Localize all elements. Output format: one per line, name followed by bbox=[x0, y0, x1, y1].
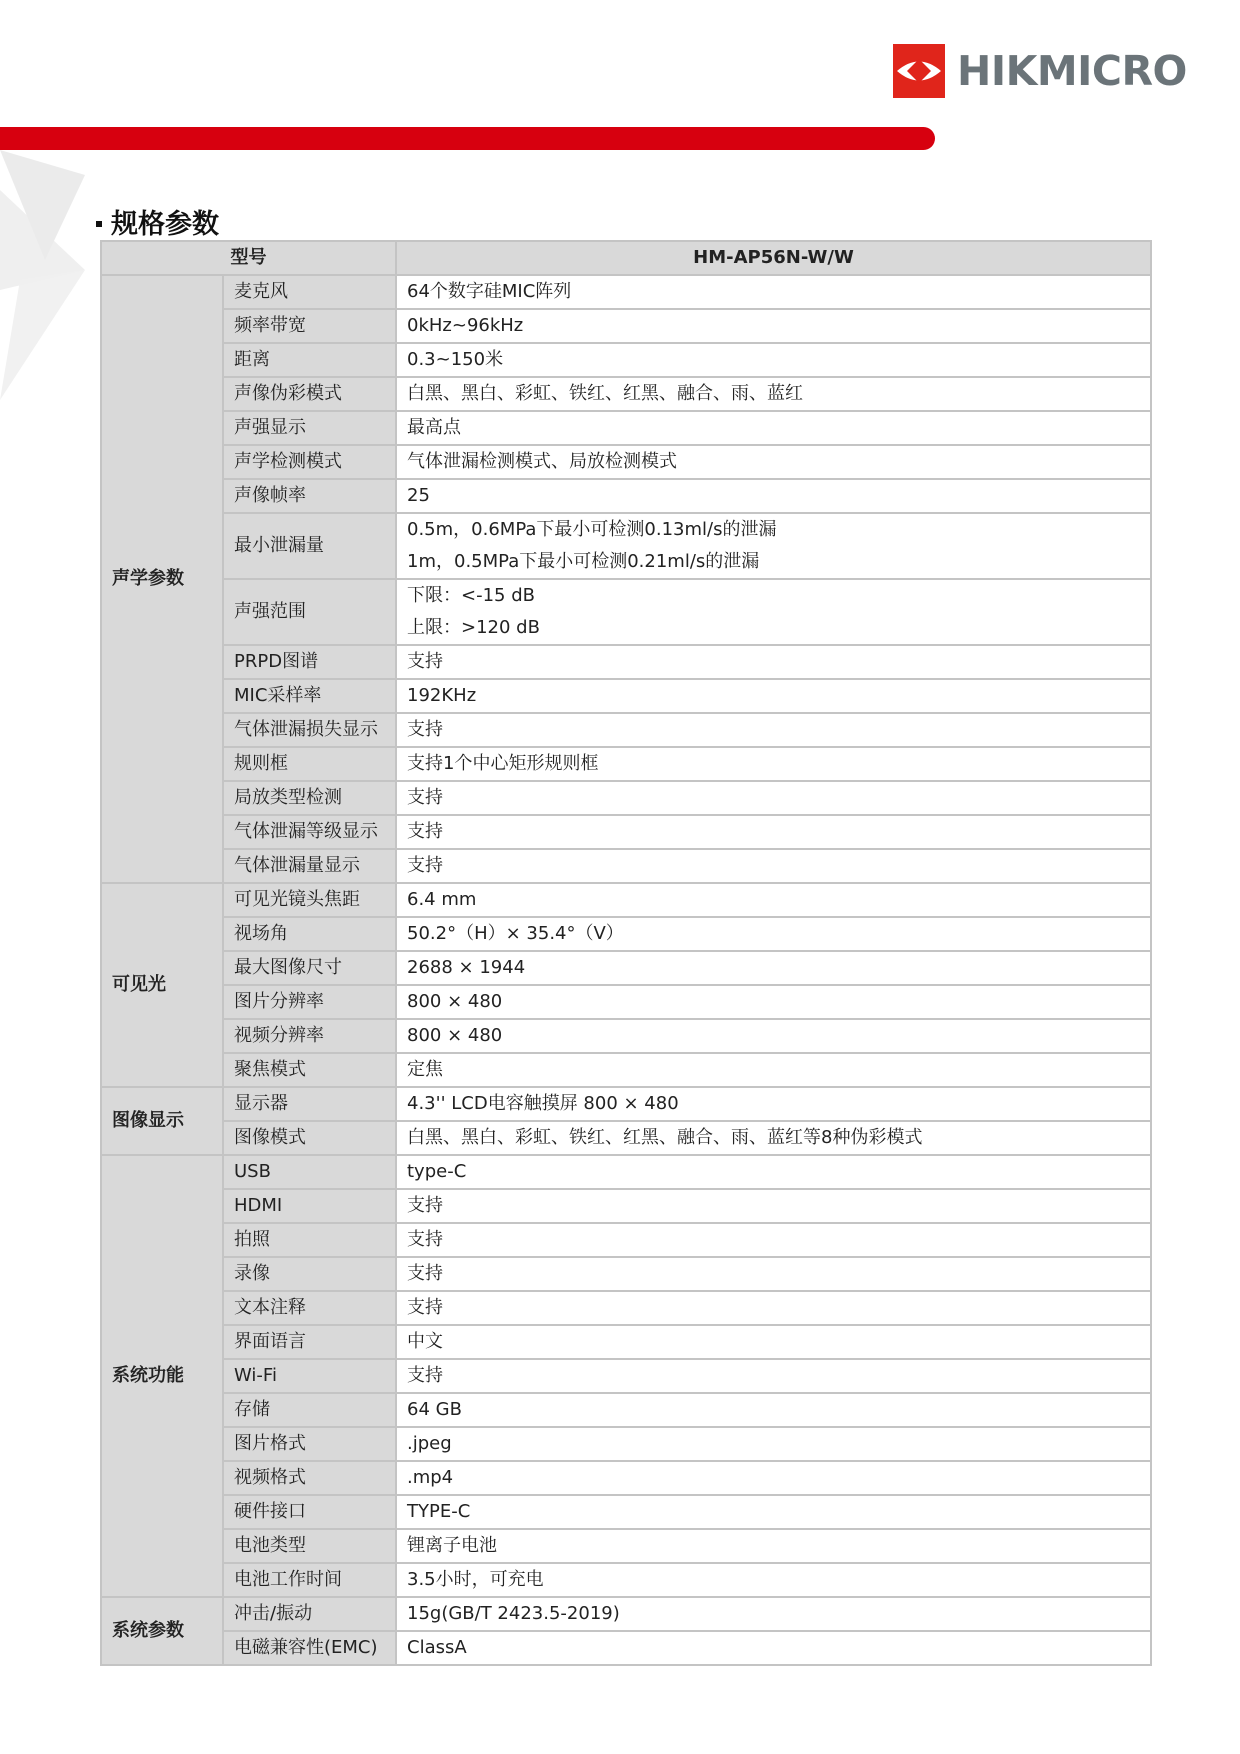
spec-value: 50.2°（H）× 35.4°（V） bbox=[396, 917, 1151, 951]
group-label: 系统功能 bbox=[101, 1155, 223, 1597]
spec-value: 最高点 bbox=[396, 411, 1151, 445]
spec-value-line: type-C bbox=[407, 1156, 1150, 1188]
table-row: 文本注释支持 bbox=[101, 1291, 1151, 1325]
table-row: 系统功能USBtype-C bbox=[101, 1155, 1151, 1189]
table-row: 电池类型锂离子电池 bbox=[101, 1529, 1151, 1563]
spec-value: 支持 bbox=[396, 1189, 1151, 1223]
spec-value-line: TYPE-C bbox=[407, 1496, 1150, 1528]
spec-key: 图片格式 bbox=[223, 1427, 396, 1461]
spec-value: 4.3'' LCD电容触摸屏 800 × 480 bbox=[396, 1087, 1151, 1121]
table-row: 视频格式.mp4 bbox=[101, 1461, 1151, 1495]
spec-key: 视频分辨率 bbox=[223, 1019, 396, 1053]
spec-key: 文本注释 bbox=[223, 1291, 396, 1325]
spec-value: 定焦 bbox=[396, 1053, 1151, 1087]
spec-key: 麦克风 bbox=[223, 275, 396, 309]
spec-key: 拍照 bbox=[223, 1223, 396, 1257]
spec-key: 图片分辨率 bbox=[223, 985, 396, 1019]
spec-value: 支持 bbox=[396, 1223, 1151, 1257]
spec-value: 800 × 480 bbox=[396, 1019, 1151, 1053]
table-row: 声强显示最高点 bbox=[101, 411, 1151, 445]
spec-value: 3.5小时，可充电 bbox=[396, 1563, 1151, 1597]
spec-value: 64 GB bbox=[396, 1393, 1151, 1427]
spec-key: 气体泄漏等级显示 bbox=[223, 815, 396, 849]
spec-value-line: 0.5m，0.6MPa下最小可检测0.13ml/s的泄漏 bbox=[407, 514, 1150, 546]
spec-value-line: 15g(GB/T 2423.5-2019) bbox=[407, 1598, 1150, 1630]
table-row: 距离0.3~150米 bbox=[101, 343, 1151, 377]
table-row: 图像模式白黑、黑白、彩虹、铁红、红黑、融合、雨、蓝红等8种伪彩模式 bbox=[101, 1121, 1151, 1155]
spec-key: 频率带宽 bbox=[223, 309, 396, 343]
spec-value-line: 192KHz bbox=[407, 680, 1150, 712]
spec-key: HDMI bbox=[223, 1189, 396, 1223]
spec-key: 存储 bbox=[223, 1393, 396, 1427]
spec-value: 支持 bbox=[396, 713, 1151, 747]
header-accent-bar bbox=[0, 127, 935, 150]
group-label: 可见光 bbox=[101, 883, 223, 1087]
table-row: 声学检测模式气体泄漏检测模式、局放检测模式 bbox=[101, 445, 1151, 479]
spec-value-line: 支持 bbox=[407, 816, 1150, 848]
spec-value-line: 支持 bbox=[407, 850, 1150, 882]
spec-value-line: 白黑、黑白、彩虹、铁红、红黑、融合、雨、蓝红 bbox=[407, 378, 1150, 410]
spec-value-line: 25 bbox=[407, 480, 1150, 512]
spec-value-line: 6.4 mm bbox=[407, 884, 1150, 916]
spec-key: 视场角 bbox=[223, 917, 396, 951]
spec-value-line: 3.5小时，可充电 bbox=[407, 1564, 1150, 1596]
spec-value-line: 支持1个中心矩形规则框 bbox=[407, 748, 1150, 780]
spec-value-line: ClassA bbox=[407, 1632, 1150, 1664]
spec-value: 白黑、黑白、彩虹、铁红、红黑、融合、雨、蓝红等8种伪彩模式 bbox=[396, 1121, 1151, 1155]
spec-value: .mp4 bbox=[396, 1461, 1151, 1495]
table-row: 图片分辨率800 × 480 bbox=[101, 985, 1151, 1019]
brand-name: HIKMICRO bbox=[957, 47, 1187, 95]
spec-value-line: 中文 bbox=[407, 1326, 1150, 1358]
spec-key: 视频格式 bbox=[223, 1461, 396, 1495]
spec-value: 0kHz~96kHz bbox=[396, 309, 1151, 343]
spec-value-line: 支持 bbox=[407, 1360, 1150, 1392]
spec-value: .jpeg bbox=[396, 1427, 1151, 1461]
table-row: MIC采样率192KHz bbox=[101, 679, 1151, 713]
table-row: 声像帧率25 bbox=[101, 479, 1151, 513]
spec-value: 0.5m，0.6MPa下最小可检测0.13ml/s的泄漏1m，0.5MPa下最小… bbox=[396, 513, 1151, 579]
spec-value-line: 支持 bbox=[407, 1258, 1150, 1290]
table-row: 声像伪彩模式白黑、黑白、彩虹、铁红、红黑、融合、雨、蓝红 bbox=[101, 377, 1151, 411]
spec-value-line: 最高点 bbox=[407, 412, 1150, 444]
spec-key: 气体泄漏损失显示 bbox=[223, 713, 396, 747]
spec-value-line: 64 GB bbox=[407, 1394, 1150, 1426]
spec-key: 距离 bbox=[223, 343, 396, 377]
spec-key: 声强范围 bbox=[223, 579, 396, 645]
spec-value: 白黑、黑白、彩虹、铁红、红黑、融合、雨、蓝红 bbox=[396, 377, 1151, 411]
spec-key: 电池工作时间 bbox=[223, 1563, 396, 1597]
table-row: 可见光可见光镜头焦距6.4 mm bbox=[101, 883, 1151, 917]
spec-value-line: 支持 bbox=[407, 1190, 1150, 1222]
spec-value-line: 800 × 480 bbox=[407, 1020, 1150, 1052]
table-row: 规则框支持1个中心矩形规则框 bbox=[101, 747, 1151, 781]
table-row: 最大图像尺寸2688 × 1944 bbox=[101, 951, 1151, 985]
spec-key: 声学检测模式 bbox=[223, 445, 396, 479]
spec-key: 图像模式 bbox=[223, 1121, 396, 1155]
spec-key: 录像 bbox=[223, 1257, 396, 1291]
spec-value-line: 0.3~150米 bbox=[407, 344, 1150, 376]
table-row: 图片格式.jpeg bbox=[101, 1427, 1151, 1461]
spec-value-line: 64个数字硅MIC阵列 bbox=[407, 276, 1150, 308]
spec-key: 声强显示 bbox=[223, 411, 396, 445]
table-row: 界面语言中文 bbox=[101, 1325, 1151, 1359]
spec-value: 15g(GB/T 2423.5-2019) bbox=[396, 1597, 1151, 1631]
spec-value: 支持 bbox=[396, 781, 1151, 815]
spec-value-line: .jpeg bbox=[407, 1428, 1150, 1460]
spec-value-line: 0kHz~96kHz bbox=[407, 310, 1150, 342]
spec-key: 电磁兼容性(EMC) bbox=[223, 1631, 396, 1665]
spec-key: 声像帧率 bbox=[223, 479, 396, 513]
table-row: 气体泄漏等级显示支持 bbox=[101, 815, 1151, 849]
table-row: 气体泄漏损失显示支持 bbox=[101, 713, 1151, 747]
spec-value: 气体泄漏检测模式、局放检测模式 bbox=[396, 445, 1151, 479]
table-row: 录像支持 bbox=[101, 1257, 1151, 1291]
spec-value-line: 1m，0.5MPa下最小可检测0.21ml/s的泄漏 bbox=[407, 546, 1150, 578]
spec-value: 支持 bbox=[396, 1359, 1151, 1393]
table-row: 硬件接口TYPE-C bbox=[101, 1495, 1151, 1529]
spec-key: 显示器 bbox=[223, 1087, 396, 1121]
spec-value-line: 800 × 480 bbox=[407, 986, 1150, 1018]
table-row: 声学参数麦克风64个数字硅MIC阵列 bbox=[101, 275, 1151, 309]
spec-key: MIC采样率 bbox=[223, 679, 396, 713]
section-heading: 规格参数 bbox=[96, 202, 219, 241]
spec-value-line: 上限：>120 dB bbox=[407, 612, 1150, 644]
spec-key: 声像伪彩模式 bbox=[223, 377, 396, 411]
table-row: 系统参数冲击/振动15g(GB/T 2423.5-2019) bbox=[101, 1597, 1151, 1631]
spec-value: ClassA bbox=[396, 1631, 1151, 1665]
spec-key: 规则框 bbox=[223, 747, 396, 781]
brand-logo: HIKMICRO bbox=[893, 44, 1187, 98]
model-label: 型号 bbox=[101, 241, 396, 275]
spec-value-line: 下限：<-15 dB bbox=[407, 580, 1150, 612]
table-row: 电池工作时间3.5小时，可充电 bbox=[101, 1563, 1151, 1597]
spec-value: 下限：<-15 dB上限：>120 dB bbox=[396, 579, 1151, 645]
spec-value-line: 4.3'' LCD电容触摸屏 800 × 480 bbox=[407, 1088, 1150, 1120]
spec-table: 型号 HM-AP56N-W/W 声学参数麦克风64个数字硅MIC阵列频率带宽0k… bbox=[100, 240, 1152, 1666]
table-row: 气体泄漏量显示支持 bbox=[101, 849, 1151, 883]
table-row: 声强范围下限：<-15 dB上限：>120 dB bbox=[101, 579, 1151, 645]
table-row: HDMI支持 bbox=[101, 1189, 1151, 1223]
spec-key: 聚焦模式 bbox=[223, 1053, 396, 1087]
spec-value-line: 支持 bbox=[407, 1292, 1150, 1324]
spec-value: 25 bbox=[396, 479, 1151, 513]
table-row: 聚焦模式定焦 bbox=[101, 1053, 1151, 1087]
spec-key: 冲击/振动 bbox=[223, 1597, 396, 1631]
spec-value: TYPE-C bbox=[396, 1495, 1151, 1529]
group-label: 声学参数 bbox=[101, 275, 223, 883]
spec-value: 锂离子电池 bbox=[396, 1529, 1151, 1563]
spec-value-line: 定焦 bbox=[407, 1054, 1150, 1086]
decorative-shards-icon bbox=[0, 150, 100, 400]
spec-key: USB bbox=[223, 1155, 396, 1189]
spec-value-line: 支持 bbox=[407, 646, 1150, 678]
table-row: 图像显示显示器4.3'' LCD电容触摸屏 800 × 480 bbox=[101, 1087, 1151, 1121]
table-row: 频率带宽0kHz~96kHz bbox=[101, 309, 1151, 343]
spec-key: 局放类型检测 bbox=[223, 781, 396, 815]
spec-key: 界面语言 bbox=[223, 1325, 396, 1359]
spec-value: 支持1个中心矩形规则框 bbox=[396, 747, 1151, 781]
table-row: Wi-Fi支持 bbox=[101, 1359, 1151, 1393]
spec-value: 支持 bbox=[396, 645, 1151, 679]
spec-value-line: 支持 bbox=[407, 714, 1150, 746]
spec-key: 气体泄漏量显示 bbox=[223, 849, 396, 883]
spec-value: 64个数字硅MIC阵列 bbox=[396, 275, 1151, 309]
spec-value: 支持 bbox=[396, 849, 1151, 883]
spec-value-line: 气体泄漏检测模式、局放检测模式 bbox=[407, 446, 1150, 478]
spec-value: 中文 bbox=[396, 1325, 1151, 1359]
spec-value: 6.4 mm bbox=[396, 883, 1151, 917]
table-row: 视场角50.2°（H）× 35.4°（V） bbox=[101, 917, 1151, 951]
spec-value: 支持 bbox=[396, 815, 1151, 849]
table-row: 电磁兼容性(EMC)ClassA bbox=[101, 1631, 1151, 1665]
table-row: PRPD图谱支持 bbox=[101, 645, 1151, 679]
spec-value: 192KHz bbox=[396, 679, 1151, 713]
group-label: 系统参数 bbox=[101, 1597, 223, 1665]
spec-key: 最大图像尺寸 bbox=[223, 951, 396, 985]
spec-value-line: 支持 bbox=[407, 782, 1150, 814]
table-row: 存储64 GB bbox=[101, 1393, 1151, 1427]
spec-value-line: 支持 bbox=[407, 1224, 1150, 1256]
spec-key: Wi-Fi bbox=[223, 1359, 396, 1393]
section-title: 规格参数 bbox=[111, 202, 219, 241]
spec-value-line: 白黑、黑白、彩虹、铁红、红黑、融合、雨、蓝红等8种伪彩模式 bbox=[407, 1122, 1150, 1154]
table-row: 局放类型检测支持 bbox=[101, 781, 1151, 815]
spec-value-line: .mp4 bbox=[407, 1462, 1150, 1494]
table-header-row: 型号 HM-AP56N-W/W bbox=[101, 241, 1151, 275]
spec-value: 0.3~150米 bbox=[396, 343, 1151, 377]
spec-key: 可见光镜头焦距 bbox=[223, 883, 396, 917]
spec-value: 支持 bbox=[396, 1291, 1151, 1325]
spec-value: 800 × 480 bbox=[396, 985, 1151, 1019]
spec-value-line: 锂离子电池 bbox=[407, 1530, 1150, 1562]
spec-key: 最小泄漏量 bbox=[223, 513, 396, 579]
table-row: 最小泄漏量0.5m，0.6MPa下最小可检测0.13ml/s的泄漏1m，0.5M… bbox=[101, 513, 1151, 579]
spec-value: 支持 bbox=[396, 1257, 1151, 1291]
model-value: HM-AP56N-W/W bbox=[396, 241, 1151, 275]
spec-value: type-C bbox=[396, 1155, 1151, 1189]
spec-value: 2688 × 1944 bbox=[396, 951, 1151, 985]
spec-key: 硬件接口 bbox=[223, 1495, 396, 1529]
spec-value-line: 50.2°（H）× 35.4°（V） bbox=[407, 918, 1150, 950]
table-row: 视频分辨率800 × 480 bbox=[101, 1019, 1151, 1053]
spec-value-line: 2688 × 1944 bbox=[407, 952, 1150, 984]
table-row: 拍照支持 bbox=[101, 1223, 1151, 1257]
spec-key: 电池类型 bbox=[223, 1529, 396, 1563]
hikmicro-eye-icon bbox=[893, 44, 945, 98]
group-label: 图像显示 bbox=[101, 1087, 223, 1155]
bullet-icon bbox=[96, 221, 102, 227]
spec-key: PRPD图谱 bbox=[223, 645, 396, 679]
